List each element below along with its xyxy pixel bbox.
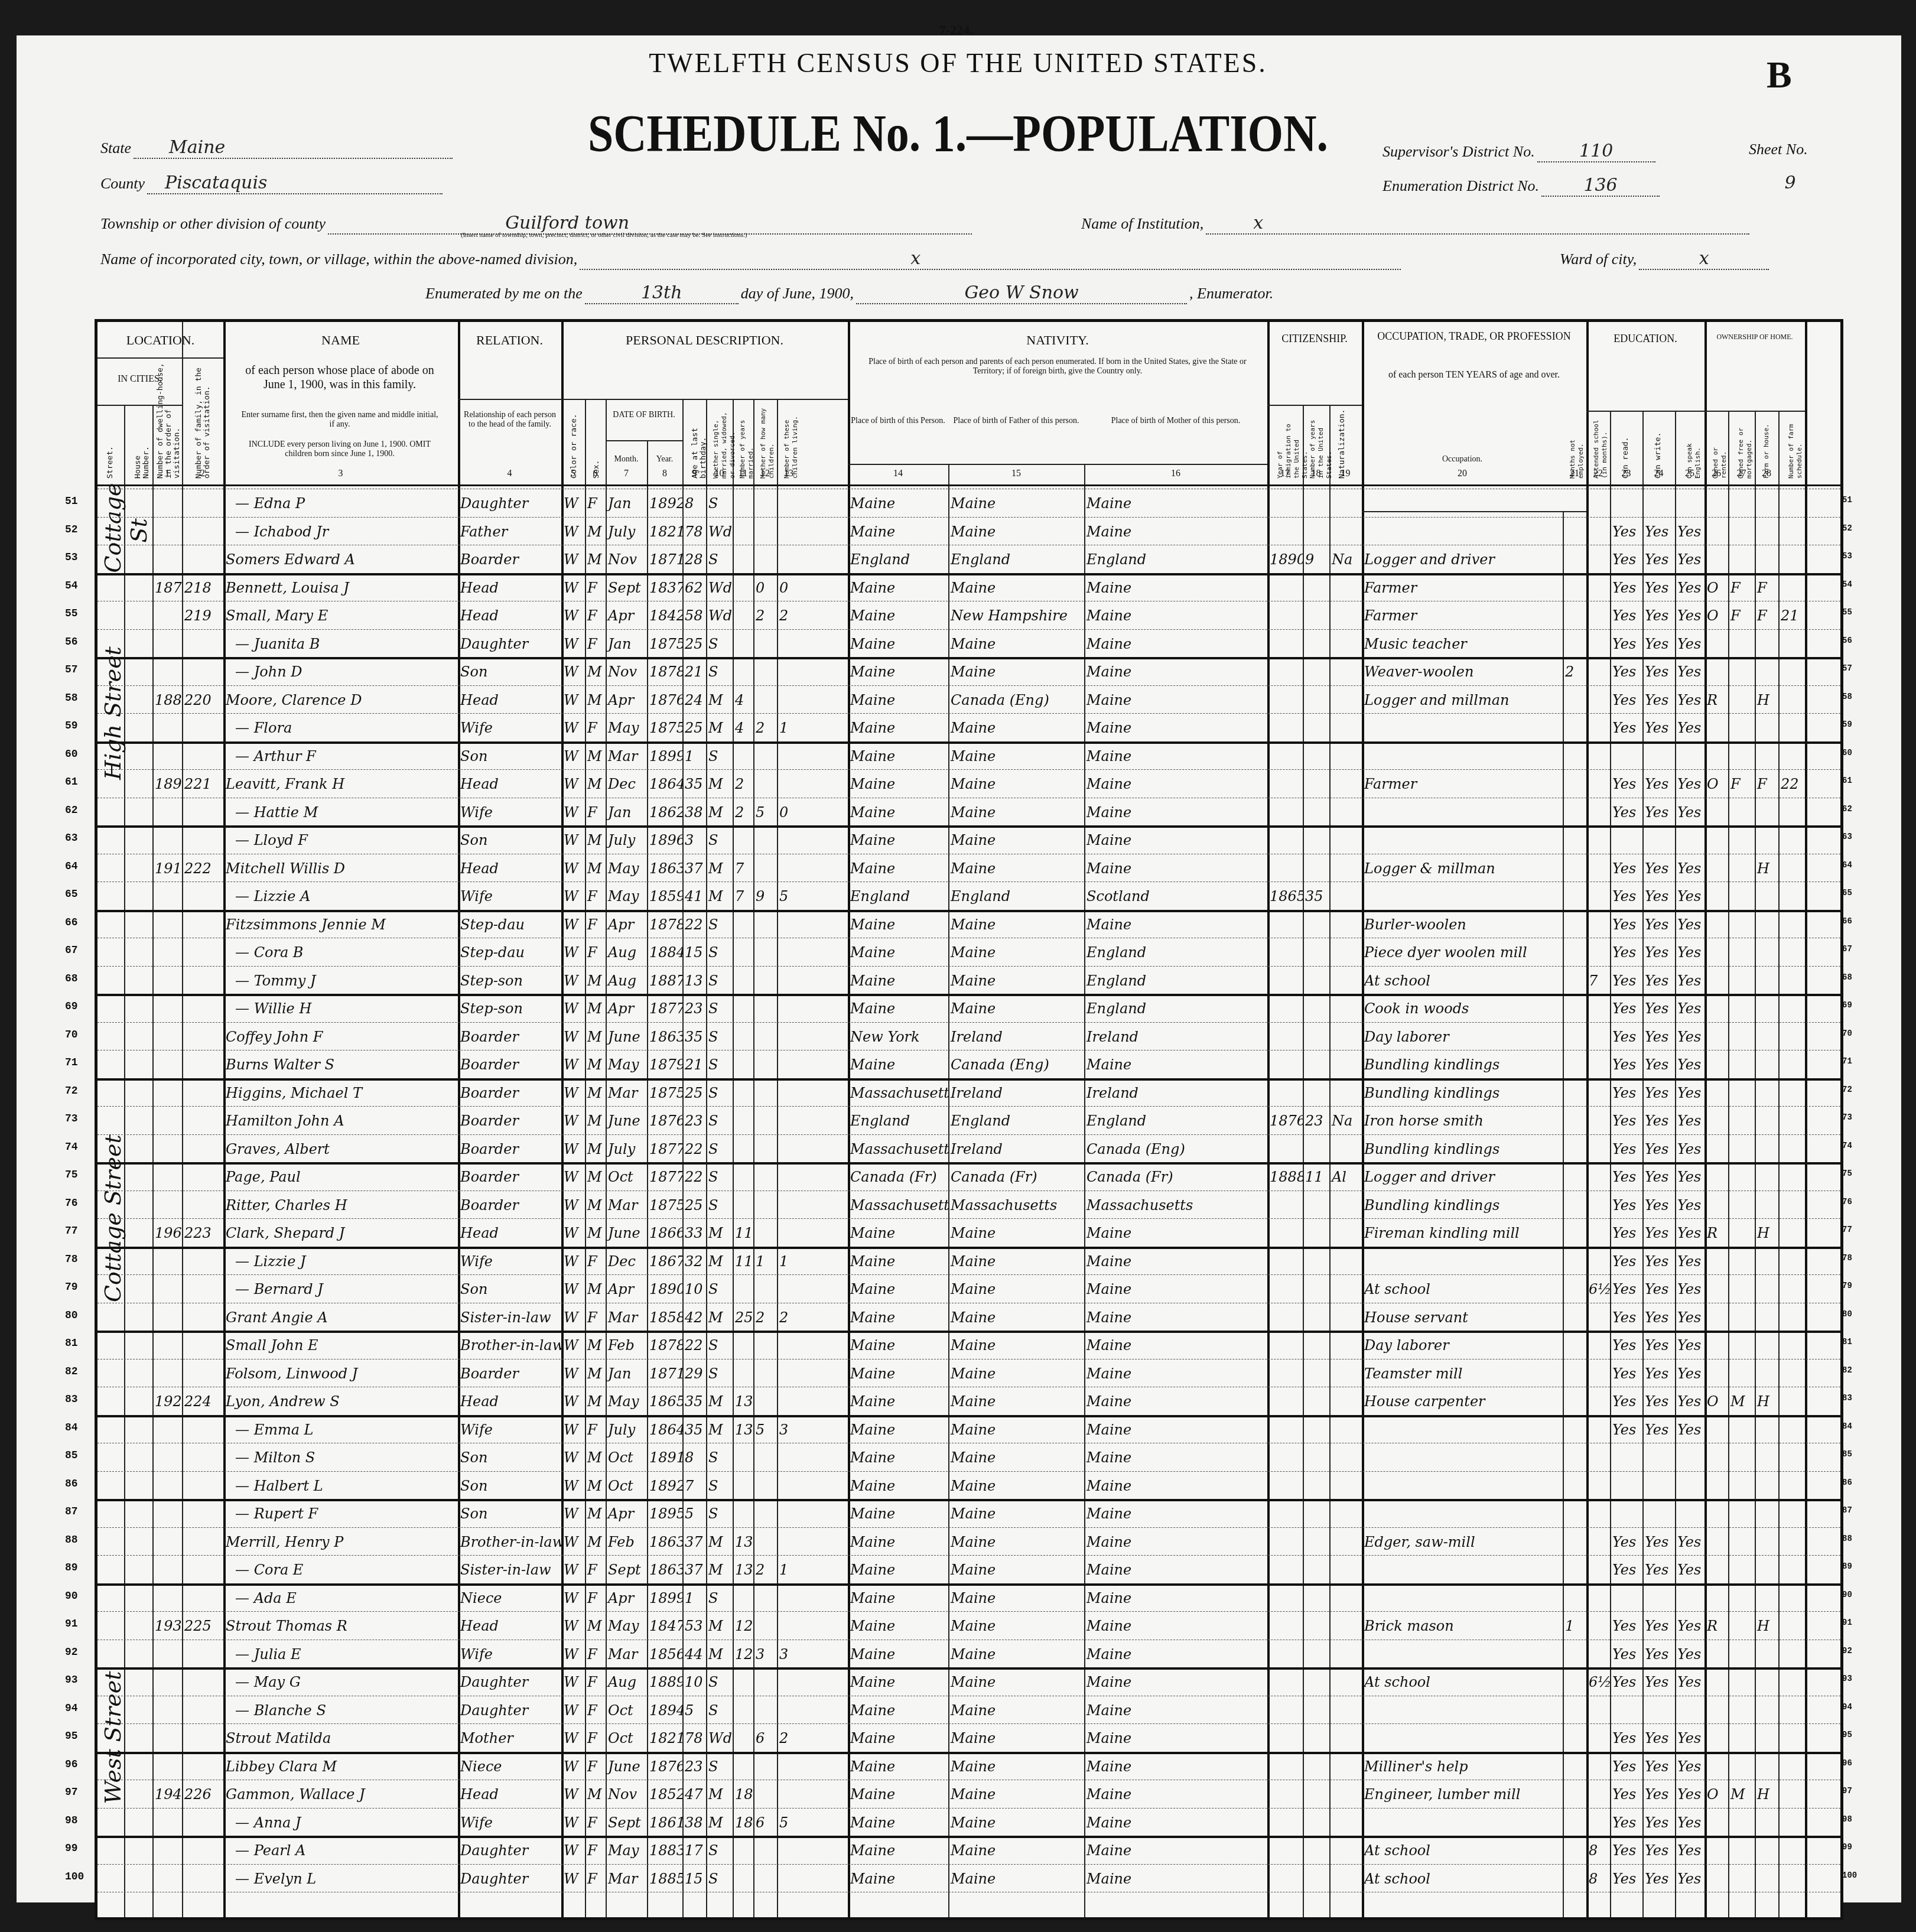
cell-rel: Boarder	[458, 1078, 561, 1106]
cell-read: Yes	[1610, 1527, 1642, 1555]
cell-bf: Maine	[948, 1640, 1084, 1667]
enumeration-field: Enumeration District No. 136	[1382, 175, 1660, 197]
nativity-desc: Place of birth of each person and parent…	[854, 357, 1261, 376]
cell-sched	[1778, 1780, 1805, 1807]
cell-mo	[753, 1836, 777, 1863]
cell-bf: Maine	[948, 1471, 1084, 1499]
cell-farm: H	[1755, 1387, 1778, 1414]
cell-occ: Farmer	[1362, 573, 1563, 601]
sheet-label: Sheet No.	[1749, 141, 1808, 158]
cell-bf: Maine	[948, 1696, 1084, 1723]
cell-name: Higgins, Michael T	[223, 1078, 458, 1106]
cell-age: 47	[682, 1780, 706, 1807]
cell-month: July	[606, 1134, 647, 1162]
cell-bp: Maine	[848, 1471, 948, 1499]
cell-ym	[733, 601, 753, 629]
cell-liv	[777, 1134, 801, 1162]
cell-bf: Maine	[948, 1274, 1084, 1302]
cell-free	[1728, 1218, 1755, 1246]
cell-color: W	[561, 629, 585, 657]
cell-name: Leavitt, Frank H	[223, 769, 458, 797]
cell-mo	[753, 1134, 777, 1162]
cell-sched	[1778, 629, 1805, 657]
header-rule	[606, 440, 682, 441]
cell-bp: Maine	[848, 1387, 948, 1414]
cell-farm	[1755, 1247, 1778, 1274]
row-number: 75	[1842, 1169, 1852, 1179]
cell-own	[1704, 910, 1728, 938]
cell-unemp	[1563, 1555, 1586, 1583]
supervisor-label: Supervisor's District No.	[1382, 143, 1535, 160]
cell-rel: Wife	[458, 1640, 561, 1667]
cell-year: 1890	[647, 1274, 682, 1302]
cell-farm: H	[1755, 1218, 1778, 1246]
row-number: 98	[65, 1815, 78, 1827]
cell-rel: Sister-in-law	[458, 1555, 561, 1583]
cell-fam	[182, 1864, 223, 1892]
cell-age: 78	[682, 1723, 706, 1751]
row-number: 63	[1842, 832, 1852, 842]
cell-age: 35	[682, 1022, 706, 1050]
cell-mo	[753, 825, 777, 853]
cell-yrs	[1303, 1808, 1329, 1836]
cell-eng: Yes	[1675, 1527, 1704, 1555]
cell-liv	[777, 1780, 801, 1807]
cell-year: 1875	[647, 713, 682, 741]
row-number: 61	[65, 776, 78, 788]
cell-ym	[733, 1583, 753, 1611]
cell-sch	[1586, 545, 1610, 573]
cell-bf: Maine	[948, 1303, 1084, 1331]
row-number: 74	[1842, 1141, 1852, 1151]
cell-write: Yes	[1642, 1667, 1675, 1695]
cell-eng: Yes	[1675, 517, 1704, 545]
cell-fam	[182, 966, 223, 994]
cell-own	[1704, 1134, 1728, 1162]
cell-write: Yes	[1642, 1415, 1675, 1443]
cell-read: Yes	[1610, 1555, 1642, 1583]
cell-fam	[182, 1836, 223, 1863]
cell-write: Yes	[1642, 910, 1675, 938]
cell-eng: Yes	[1675, 1667, 1704, 1695]
cell-read	[1610, 1696, 1642, 1723]
cell-liv: 5	[777, 1808, 801, 1836]
cell-color: W	[561, 1050, 585, 1078]
cell-dw	[152, 1752, 182, 1780]
cell-name: Grant Angie A	[223, 1303, 458, 1331]
cell-sch	[1586, 1247, 1610, 1274]
cell-occ	[1362, 713, 1563, 741]
cell-unemp	[1563, 685, 1586, 713]
cell-nat	[1329, 1611, 1362, 1639]
cell-write: Yes	[1642, 1836, 1675, 1863]
cell-free	[1728, 1331, 1755, 1358]
cell-age: 21	[682, 657, 706, 685]
cell-rel: Boarder	[458, 1162, 561, 1190]
cell-sex: M	[585, 1387, 606, 1414]
table-row: Merrill, Henry PBrother-in-lawWMFeb18633…	[97, 1527, 1840, 1556]
cell-nat	[1329, 1050, 1362, 1078]
cell-write: Yes	[1642, 769, 1675, 797]
cell-fam: 225	[182, 1611, 223, 1639]
cell-bf: Maine	[948, 1780, 1084, 1807]
cell-bp: Maine	[848, 1274, 948, 1302]
cell-mo	[753, 1583, 777, 1611]
cell-sch: 8	[1586, 1836, 1610, 1863]
cell-yrs	[1303, 1499, 1329, 1527]
cell-sex: F	[585, 910, 606, 938]
cell-read: Yes	[1610, 769, 1642, 797]
enumerator-label: , Enumerator.	[1189, 285, 1273, 302]
cell-occ	[1362, 1583, 1563, 1611]
birth-person-header: Place of birth of this Person.	[851, 417, 945, 426]
cell-nat	[1329, 629, 1362, 657]
cell-fam: 226	[182, 1780, 223, 1807]
cell-fam	[182, 1471, 223, 1499]
row-number: 100	[65, 1871, 84, 1883]
name-instr-2: INCLUDE every person living on June 1, 1…	[239, 440, 440, 459]
cell-unemp	[1563, 938, 1586, 965]
cell-bf: Maine	[948, 910, 1084, 938]
cell-sch	[1586, 1022, 1610, 1050]
cell-mo	[753, 1274, 777, 1302]
row-number: 96	[1842, 1759, 1852, 1768]
cell-yrs	[1303, 1471, 1329, 1499]
cell-free	[1728, 489, 1755, 516]
table-row: 188220Moore, Clarence DHeadWMApr187624M4…	[97, 685, 1840, 714]
cell-free	[1728, 685, 1755, 713]
cell-bp: Maine	[848, 573, 948, 601]
cell-mo	[753, 769, 777, 797]
cell-occ	[1362, 825, 1563, 853]
cell-age: 37	[682, 1555, 706, 1583]
cell-mo	[753, 545, 777, 573]
cell-write: Yes	[1642, 685, 1675, 713]
row-number: 80	[65, 1310, 78, 1322]
cell-bp: Maine	[848, 1527, 948, 1555]
cell-farm	[1755, 910, 1778, 938]
cell-ym	[733, 1274, 753, 1302]
cell-free	[1728, 545, 1755, 573]
cell-liv	[777, 1667, 801, 1695]
cell-age: 35	[682, 769, 706, 797]
cell-ym	[733, 1359, 753, 1387]
cell-rel: Son	[458, 1471, 561, 1499]
cell-bp: Maine	[848, 1780, 948, 1807]
cell-sex: M	[585, 1218, 606, 1246]
cell-sex: M	[585, 1191, 606, 1218]
cell-sch	[1586, 685, 1610, 713]
cell-bf: Maine	[948, 1667, 1084, 1695]
cell-fam	[182, 741, 223, 769]
header-rule	[848, 464, 1267, 465]
cell-imm	[1267, 1808, 1303, 1836]
cell-free	[1728, 1359, 1755, 1387]
cell-sch	[1586, 938, 1610, 965]
cell-write: Yes	[1642, 1611, 1675, 1639]
cell-farm	[1755, 1836, 1778, 1863]
cell-farm	[1755, 825, 1778, 853]
cell-farm	[1755, 882, 1778, 909]
row-number: 100	[1842, 1871, 1857, 1881]
cell-color: W	[561, 573, 585, 601]
cell-write: Yes	[1642, 1247, 1675, 1274]
cell-write: Yes	[1642, 1555, 1675, 1583]
cell-nat	[1329, 1387, 1362, 1414]
cell-liv	[777, 1359, 801, 1387]
cell-year: 1876	[647, 1752, 682, 1780]
cell-mo	[753, 1106, 777, 1134]
cell-liv	[777, 910, 801, 938]
cell-free: F	[1728, 601, 1755, 629]
column-number: 3	[223, 469, 458, 479]
cell-imm	[1267, 769, 1303, 797]
cell-free	[1728, 1247, 1755, 1274]
cell-bm: Maine	[1084, 1247, 1267, 1274]
cell-imm	[1267, 1752, 1303, 1780]
cell-yrs	[1303, 713, 1329, 741]
cell-fam	[182, 938, 223, 965]
cell-liv	[777, 1752, 801, 1780]
relation-header: RELATION.	[458, 333, 561, 348]
cell-imm	[1267, 1134, 1303, 1162]
cell-rel: Daughter	[458, 1696, 561, 1723]
table-row: Page, PaulBoarderWMOct187722SCanada (Fr)…	[97, 1162, 1840, 1191]
cell-own	[1704, 1303, 1728, 1331]
cell-imm	[1267, 1359, 1303, 1387]
cell-imm	[1267, 657, 1303, 685]
cell-age: 22	[682, 1331, 706, 1358]
cell-rel: Sister-in-law	[458, 1303, 561, 1331]
cell-unemp	[1563, 854, 1586, 882]
table-row: — John DSonWMNov187821SMaineMaineMaineWe…	[97, 657, 1840, 686]
cell-own	[1704, 1696, 1728, 1723]
cell-eng: Yes	[1675, 854, 1704, 882]
cell-sch	[1586, 1499, 1610, 1527]
row-number: 55	[1842, 608, 1852, 617]
cell-year: 1858	[647, 1303, 682, 1331]
cell-sex: M	[585, 1499, 606, 1527]
cell-unemp	[1563, 994, 1586, 1022]
cell-sch	[1586, 1331, 1610, 1358]
cell-bm: Maine	[1084, 1303, 1267, 1331]
form-number: 7-224.	[939, 22, 973, 38]
cell-bm: Maine	[1084, 910, 1267, 938]
cell-eng: Yes	[1675, 1078, 1704, 1106]
cell-mar: S	[706, 825, 733, 853]
row-number: 52	[65, 524, 78, 536]
name-instr-1: Enter surname first, then the given name…	[239, 411, 440, 430]
cell-eng: Yes	[1675, 713, 1704, 741]
column-number: 21	[1563, 469, 1586, 479]
cell-sch	[1586, 1555, 1610, 1583]
cell-dw	[152, 741, 182, 769]
cell-liv	[777, 517, 801, 545]
cell-color: W	[561, 489, 585, 516]
cell-bm: England	[1084, 966, 1267, 994]
cell-month: Jan	[606, 629, 647, 657]
cell-occ: Burler-woolen	[1362, 910, 1563, 938]
cell-ym: 12	[733, 1611, 753, 1639]
cell-color: W	[561, 1583, 585, 1611]
cell-bf: Maine	[948, 1387, 1084, 1414]
cell-mo	[753, 741, 777, 769]
cell-rel: Daughter	[458, 1836, 561, 1863]
cell-name: Strout Thomas R	[223, 1611, 458, 1639]
cell-bp: Maine	[848, 713, 948, 741]
cell-age: 8	[682, 489, 706, 516]
cell-fam	[182, 1022, 223, 1050]
cell-mo	[753, 1752, 777, 1780]
cell-mo	[753, 1527, 777, 1555]
cell-bf: England	[948, 882, 1084, 909]
cell-fam: 224	[182, 1387, 223, 1414]
header-rule	[1267, 405, 1362, 406]
cell-free	[1728, 1050, 1755, 1078]
cell-age: 23	[682, 994, 706, 1022]
cell-year: 1847	[647, 1611, 682, 1639]
cell-imm	[1267, 966, 1303, 994]
cell-fam: 221	[182, 769, 223, 797]
cell-free	[1728, 1078, 1755, 1106]
cell-imm	[1267, 798, 1303, 825]
cell-own	[1704, 1191, 1728, 1218]
cell-rel: Boarder	[458, 1191, 561, 1218]
cell-nat	[1329, 1499, 1362, 1527]
row-number: 60	[65, 749, 78, 760]
column-number: 17	[1267, 469, 1303, 479]
row-number: 68	[1842, 973, 1852, 983]
nativity-header: NATIVITY.	[848, 333, 1267, 348]
cell-unemp	[1563, 1050, 1586, 1078]
cell-bm: England	[1084, 994, 1267, 1022]
cell-mar: M	[706, 1611, 733, 1639]
cell-bf: Maine	[948, 1836, 1084, 1863]
cell-age: 1	[682, 741, 706, 769]
enumeration-label: Enumeration District No.	[1382, 177, 1539, 194]
cell-sch	[1586, 1471, 1610, 1499]
cell-occ: Bundling kindlings	[1362, 1191, 1563, 1218]
cell-yrs	[1303, 1611, 1329, 1639]
row-number: 93	[65, 1674, 78, 1686]
cell-mar: S	[706, 1752, 733, 1780]
column-number: 13	[777, 469, 801, 479]
row-number: 53	[65, 552, 78, 564]
cell-dw	[152, 1836, 182, 1863]
cell-name: Hamilton John A	[223, 1106, 458, 1134]
cell-rel: Daughter	[458, 1667, 561, 1695]
cell-free	[1728, 713, 1755, 741]
table-row: — Milton SSonWMOct18918SMaineMaineMaine	[97, 1443, 1840, 1472]
cell-month: Mar	[606, 1191, 647, 1218]
cell-read: Yes	[1610, 1134, 1642, 1162]
row-number: 89	[1842, 1562, 1852, 1572]
cell-occ: Logger and millman	[1362, 685, 1563, 713]
cell-bp: Maine	[848, 657, 948, 685]
township-note: (Insert name of township, town, precinct…	[461, 232, 747, 239]
cell-own: R	[1704, 1611, 1728, 1639]
cell-age: 21	[682, 1050, 706, 1078]
cell-eng	[1675, 1499, 1704, 1527]
cell-own: R	[1704, 685, 1728, 713]
cell-own: O	[1704, 601, 1728, 629]
cell-farm	[1755, 1415, 1778, 1443]
cell-sched	[1778, 1106, 1805, 1134]
cell-nat	[1329, 601, 1362, 629]
cell-free	[1728, 966, 1755, 994]
cell-age: 25	[682, 1078, 706, 1106]
cell-farm	[1755, 629, 1778, 657]
row-number: 76	[1842, 1198, 1852, 1207]
street-header: Street.	[106, 422, 115, 479]
house-number-header: House Number.	[134, 422, 151, 479]
cell-write: Yes	[1642, 1752, 1675, 1780]
relation-desc: Relationship of each person to the head …	[463, 411, 557, 430]
cell-sex: F	[585, 713, 606, 741]
cell-sex: F	[585, 629, 606, 657]
header-rule	[1586, 411, 1805, 412]
cell-ym: 13	[733, 1555, 753, 1583]
cell-mar: S	[706, 1696, 733, 1723]
cell-nat	[1329, 1808, 1362, 1836]
cell-yrs	[1303, 1218, 1329, 1246]
row-number: 64	[65, 861, 78, 873]
cell-free	[1728, 798, 1755, 825]
cell-yrs	[1303, 1022, 1329, 1050]
cell-sch	[1586, 1303, 1610, 1331]
cell-sex: M	[585, 1359, 606, 1387]
cell-color: W	[561, 685, 585, 713]
cell-dw	[152, 1555, 182, 1583]
cell-fam	[182, 1415, 223, 1443]
cell-own	[1704, 1836, 1728, 1863]
cell-yrs	[1303, 1078, 1329, 1106]
cell-age: 33	[682, 1218, 706, 1246]
cell-farm	[1755, 1499, 1778, 1527]
cell-yrs	[1303, 741, 1329, 769]
cell-ym: 4	[733, 713, 753, 741]
cell-fam	[182, 1331, 223, 1358]
cell-year: 1883	[647, 1836, 682, 1863]
cell-dw	[152, 910, 182, 938]
column-number: 25	[1675, 469, 1704, 479]
cell-mo	[753, 1611, 777, 1639]
cell-own: O	[1704, 1780, 1728, 1807]
cell-sch	[1586, 1191, 1610, 1218]
cell-mar: S	[706, 1191, 733, 1218]
cell-bp: Maine	[848, 966, 948, 994]
cell-sex: M	[585, 741, 606, 769]
cell-mo	[753, 629, 777, 657]
cell-name: Mitchell Willis D	[223, 854, 458, 882]
cell-ym	[733, 910, 753, 938]
cell-ym	[733, 966, 753, 994]
cell-imm	[1267, 854, 1303, 882]
cell-sch	[1586, 713, 1610, 741]
cell-occ	[1362, 1471, 1563, 1499]
cell-bm: Maine	[1084, 741, 1267, 769]
row-number: 53	[1842, 552, 1852, 561]
cell-age: 35	[682, 1387, 706, 1414]
cell-mar: M	[706, 798, 733, 825]
cell-farm	[1755, 1864, 1778, 1892]
cell-yrs	[1303, 1443, 1329, 1471]
cell-occ: At school	[1362, 1836, 1563, 1863]
cell-write: Yes	[1642, 657, 1675, 685]
cell-read: Yes	[1610, 657, 1642, 685]
row-number: 69	[1842, 1001, 1852, 1010]
cell-nat	[1329, 1022, 1362, 1050]
